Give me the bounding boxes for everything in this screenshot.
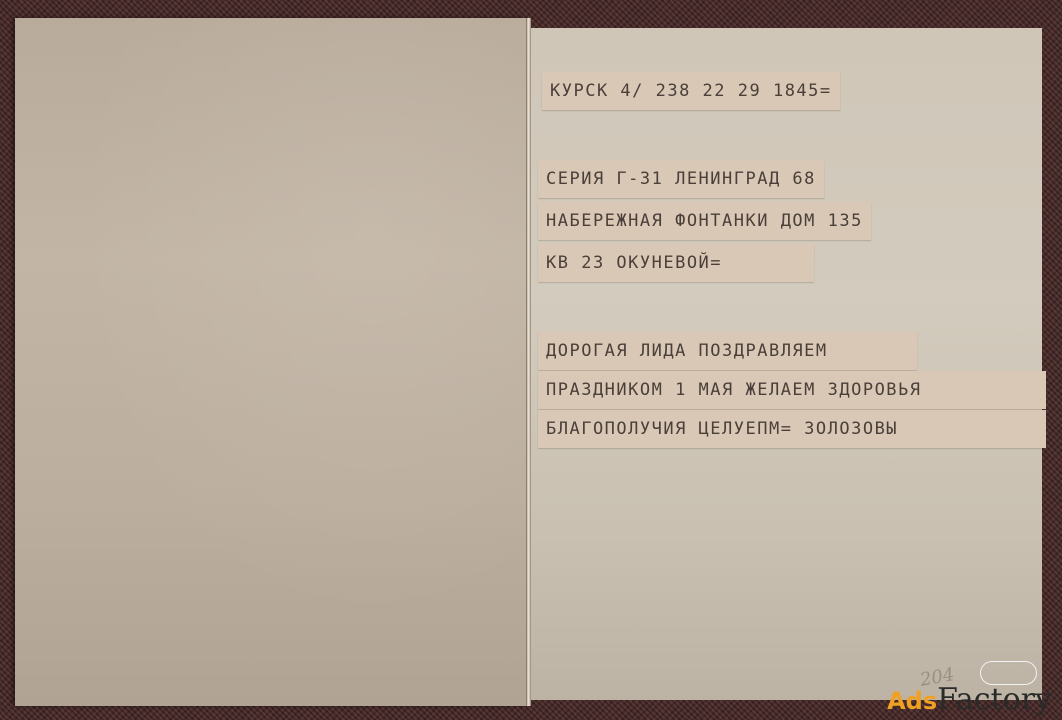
message-strip-3: БЛАГОПОЛУЧИЯ ЦЕЛУЕПМ= ЗОЛОЗОВЫ <box>538 410 1046 448</box>
telegram-card: КУРСК 4/ 238 22 29 1845= СЕРИЯ Г-31 ЛЕНИ… <box>15 18 1042 706</box>
address-strip-2: НАБЕРЕЖНАЯ ФОНТАНКИ ДОМ 135 <box>538 202 871 240</box>
address-strip-3: КВ 23 ОКУНЕВОЙ= <box>538 244 814 282</box>
right-page: КУРСК 4/ 238 22 29 1845= СЕРИЯ Г-31 ЛЕНИ… <box>531 28 1042 700</box>
left-blank-page <box>15 18 526 706</box>
telegram-header-strip: КУРСК 4/ 238 22 29 1845= <box>542 72 840 110</box>
address-strip-1: СЕРИЯ Г-31 ЛЕНИНГРАД 68 <box>538 160 824 198</box>
watermark-factory: Factory <box>937 682 1052 717</box>
watermark-ads: Ads <box>887 687 937 715</box>
message-strip-1: ДОРОГАЯ ЛИДА ПОЗДРАВЛЯЕМ <box>538 332 917 370</box>
message-strip-2: ПРАЗДНИКОМ 1 МАЯ ЖЕЛАЕМ ЗДОРОВЬЯ <box>538 371 1046 409</box>
watermark-logo: AdsFactory <box>887 685 1052 716</box>
